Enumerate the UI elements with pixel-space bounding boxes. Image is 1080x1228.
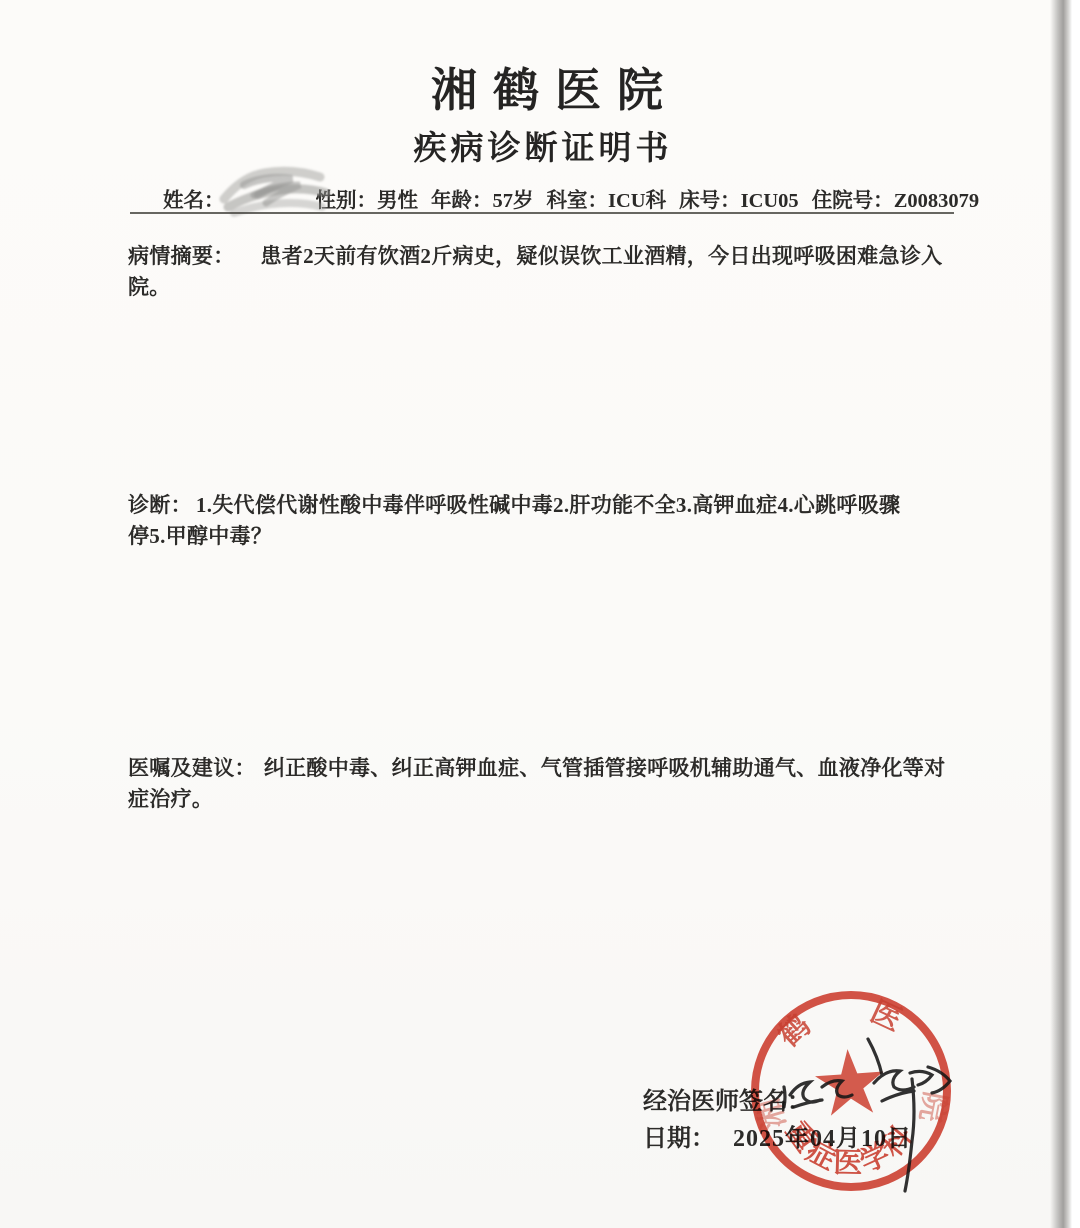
diagnosis-label: 诊断：	[128, 493, 192, 517]
patient-bed-number: 床号：ICU05	[679, 183, 799, 213]
patient-admission-number: 住院号：Z0083079	[812, 183, 979, 213]
summary-label: 病情摘要：	[128, 244, 235, 268]
hospital-name: 湘鹤医院	[0, 54, 1080, 120]
advice-label: 医嘱及建议：	[128, 756, 256, 780]
scan-edge-shadow	[1050, 0, 1074, 1228]
advice-paragraph: 医嘱及建议：纠正酸中毒、纠正高钾血症、气管插管接呼吸机辅助通气、血液净化等对 症…	[128, 753, 968, 815]
diagnosis-line1: 1.失代偿代谢性酸中毒伴呼吸性碱中毒2.肝功能不全3.高钾血症4.心跳呼吸骤	[196, 493, 900, 517]
advice-line1: 纠正酸中毒、纠正高钾血症、气管插管接呼吸机辅助通气、血液净化等对	[264, 756, 946, 780]
summary-line1: 患者2天前有饮酒2斤病史，疑似误饮工业酒精，今日出现呼吸困难急诊入	[261, 244, 943, 268]
diagnosis-line2: 停5.甲醇中毒？	[128, 524, 272, 548]
diagnosis-paragraph: 诊断：1.失代偿代谢性酸中毒伴呼吸性碱中毒2.肝功能不全3.高钾血症4.心跳呼吸…	[128, 490, 968, 552]
summary-paragraph: 病情摘要：患者2天前有饮酒2斤病史，疑似误饮工业酒精，今日出现呼吸困难急诊入 院…	[128, 241, 968, 303]
diagnosis-certificate-page: 湘鹤医院 疾病诊断证明书 姓名： 性别：男性 年龄：57岁 科室：ICU科 床号…	[0, 0, 1080, 1228]
advice-line2: 症治疗。	[128, 787, 213, 811]
patient-age: 年龄：57岁	[431, 183, 534, 213]
header-underline	[130, 212, 954, 214]
date-label: 日期：	[643, 1126, 715, 1152]
scan-edge-margin	[1072, 0, 1080, 1228]
document-title: 疾病诊断证明书	[0, 122, 1080, 169]
patient-department: 科室：ICU科	[547, 183, 667, 213]
summary-line2: 院。	[128, 275, 171, 299]
physician-signature	[770, 1025, 970, 1200]
